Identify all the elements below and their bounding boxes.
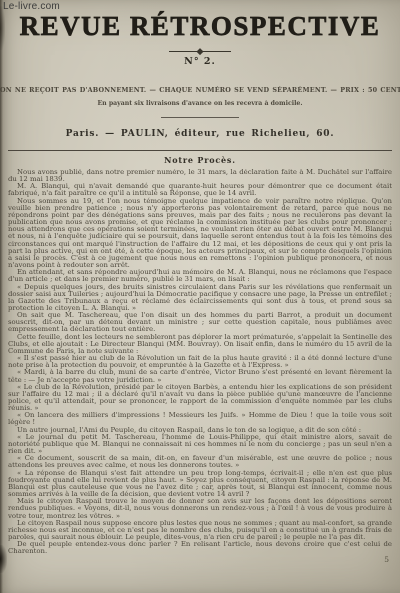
section-rule [8, 150, 392, 151]
article-paragraph: Nous avons publié, dans notre premier nu… [8, 169, 392, 183]
article-title: Notre Procès. [0, 155, 400, 165]
diamond-icon [197, 48, 203, 54]
scanned-page: Le-livre.com REVUE RÉTROSPECTIVE N° 2. O… [0, 0, 400, 593]
article-paragraph: De quel peuple entendez-vous donc parler… [8, 541, 392, 555]
article-paragraph: « On lancera des milliers d'impressions … [8, 412, 392, 426]
article-body: Nous avons publié, dans notre premier nu… [8, 169, 392, 563]
issue-number: N° 2. [0, 56, 400, 67]
article-paragraph: Nous sommes au 19, et l'on nous témoigne… [8, 198, 392, 270]
article-paragraph: « Le journal du petit M. Taschereau, l'h… [8, 434, 392, 455]
article-paragraph: Cette feuille, dont les lecteurs ne semb… [8, 334, 392, 355]
article-paragraph: « Ce document, souscrit de sa main, dit-… [8, 455, 392, 469]
scan-artifact-bottom [0, 545, 7, 573]
page-number: 5 [384, 555, 389, 564]
imprint-line: Paris. — PAULIN, éditeur, rue Richelieu,… [0, 129, 400, 139]
article-paragraph: « Depuis quelques jours, des bruits sini… [8, 284, 392, 313]
short-rule [161, 117, 239, 118]
article-paragraph: On sait que M. Taschereau, que l'on disa… [8, 312, 392, 333]
article-paragraph: « Mardi, à la barre du club, muni de sa … [8, 369, 392, 383]
article-paragraph: En attendant, et sans répondre aujourd'h… [8, 269, 392, 283]
sales-terms-line: ON NE REÇOIT PAS D'ABONNEMENT. — CHAQUE … [0, 86, 400, 94]
masthead-title: REVUE RÉTROSPECTIVE [0, 11, 400, 42]
ornament-divider [169, 49, 231, 55]
article-paragraph: M. A. Blanqui, qui n'avait demandé que q… [8, 183, 392, 197]
delivery-note: En payant six livraisons d'avance on les… [0, 100, 400, 107]
article-paragraph: Mais le citoyen Raspail trouve le moyen … [8, 498, 392, 519]
article-paragraph: Le citoyen Raspail nous suppose encore p… [8, 520, 392, 541]
article-paragraph: « La réponse de Blanqui s'est fait atten… [8, 470, 392, 499]
article-paragraph: « Le club de la Révolution, présidé par … [8, 384, 392, 413]
